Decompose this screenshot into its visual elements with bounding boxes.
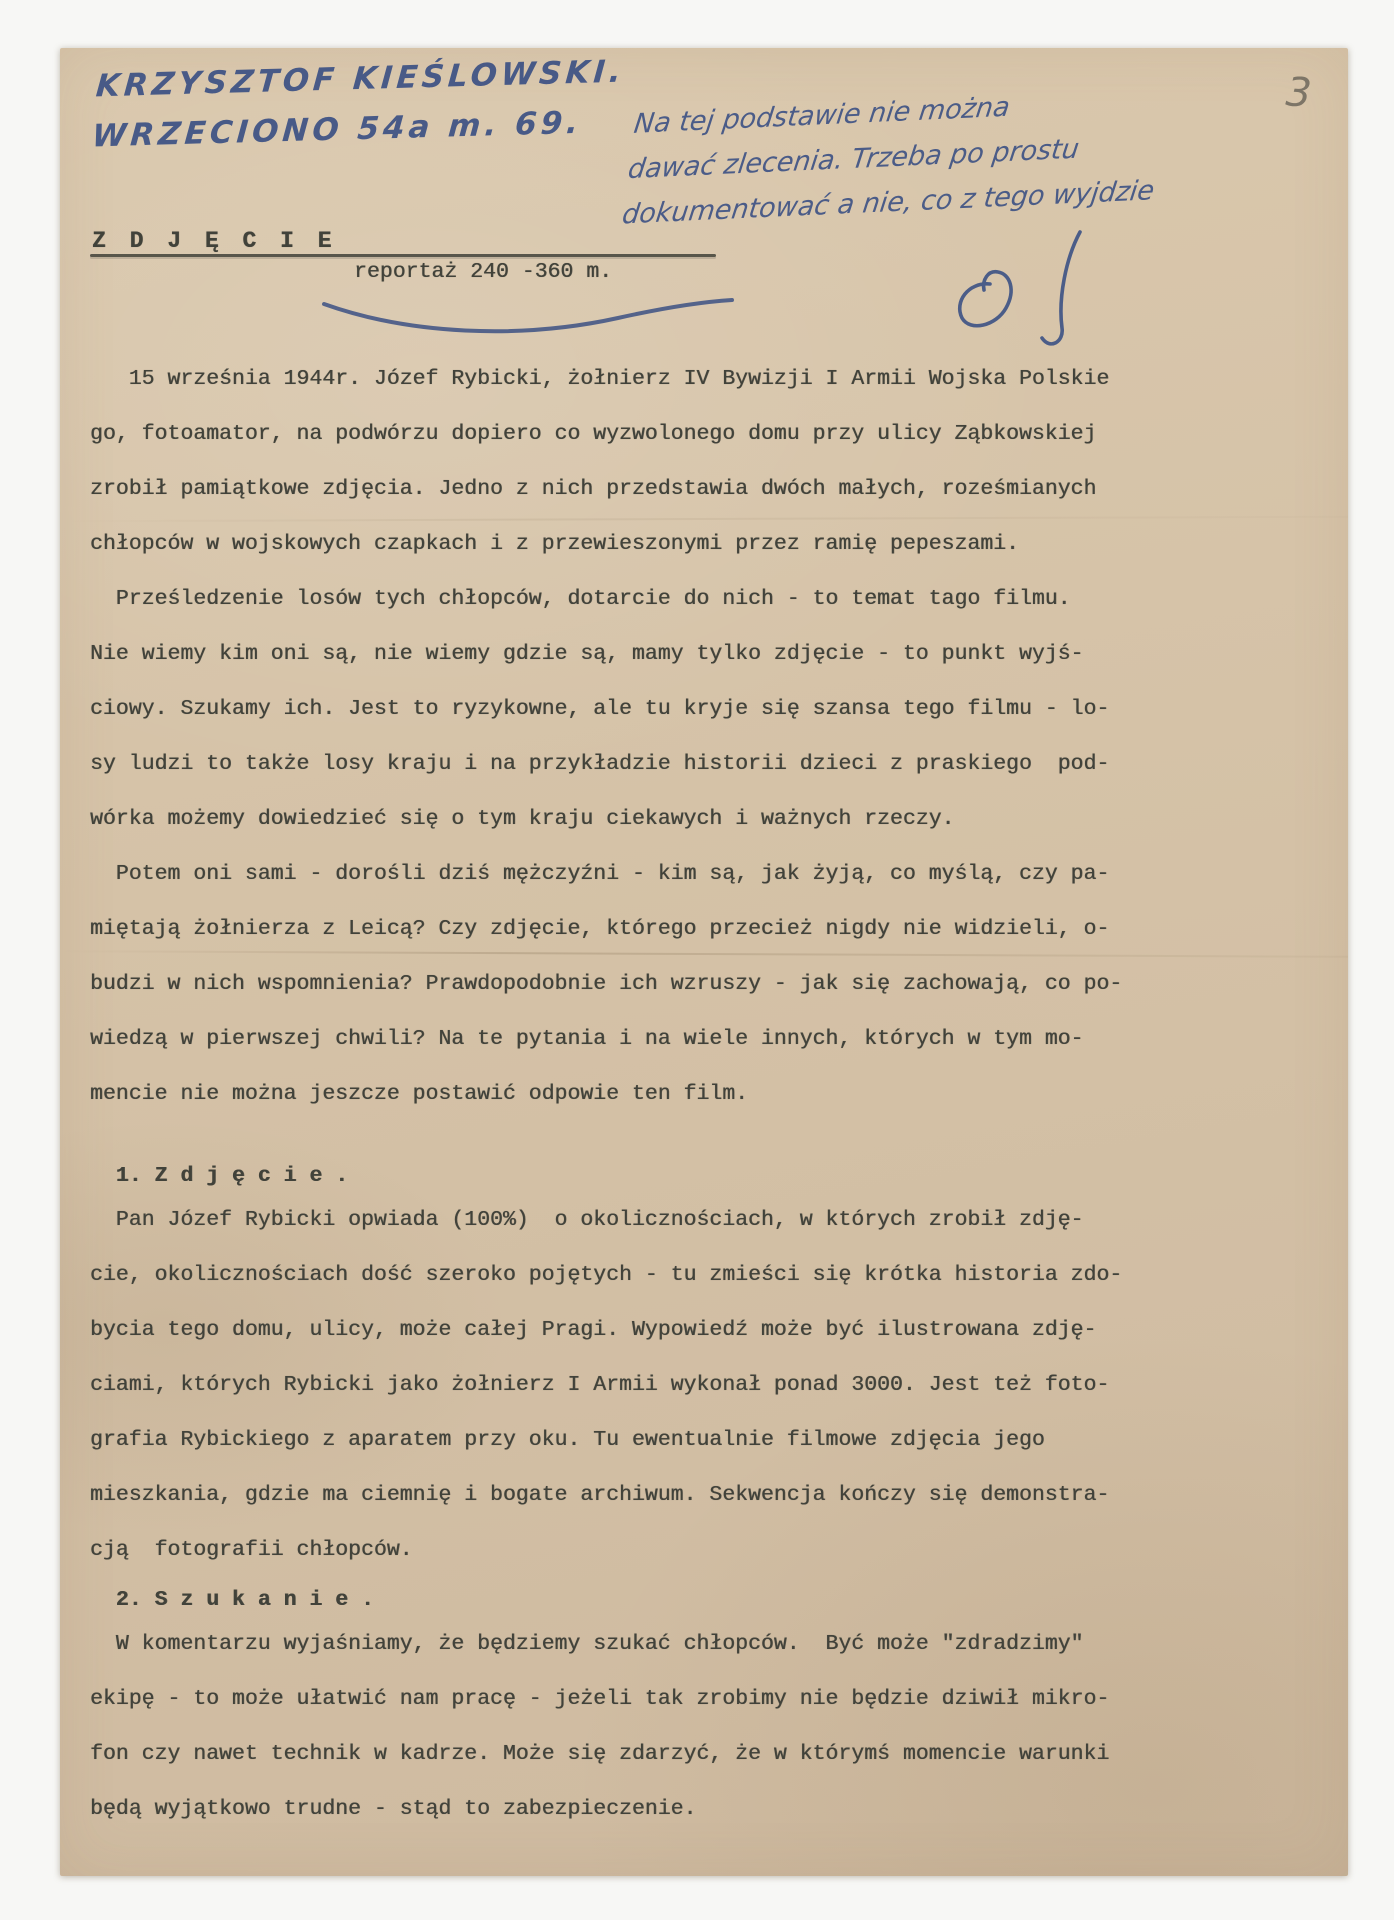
section-heading: 1. Z d j ę c i e . bbox=[90, 1159, 1170, 1193]
scan-background: KRZYSZTOF KIEŚLOWSKI. WRZECIONO 54a m. 6… bbox=[0, 0, 1394, 1920]
section-heading: 2. S z u k a n i e . bbox=[90, 1583, 1170, 1617]
typed-line: Potem oni sami - dorośli dziś mężczyźni … bbox=[90, 847, 1170, 902]
typed-line: go, fotoamator, na podwórzu dopiero co w… bbox=[90, 407, 1170, 462]
typed-line: wórka możemy dowiedzieć się o tym kraju … bbox=[90, 792, 1170, 847]
typed-section: 2. S z u k a n i e . W komentarzu wyjaśn… bbox=[90, 1583, 1170, 1837]
typed-body: 15 września 1944r. Józef Rybicki, żołnie… bbox=[90, 352, 1170, 1837]
typed-line: ekipę - to może ułatwić nam pracę - jeże… bbox=[90, 1672, 1170, 1727]
typed-line: bycia tego domu, ulicy, może całej Pragi… bbox=[90, 1303, 1170, 1358]
typed-line: Nie wiemy kim oni są, nie wiemy gdzie są… bbox=[90, 627, 1170, 682]
handwritten-note-block: Na tej podstawie nie można dawać zleceni… bbox=[619, 77, 1168, 237]
typed-line: miętają żołnierza z Leicą? Czy zdjęcie, … bbox=[90, 902, 1170, 957]
typed-paragraph: 15 września 1944r. Józef Rybicki, żołnie… bbox=[90, 352, 1170, 572]
typed-line: Pan Józef Rybicki opwiada (100%) o okoli… bbox=[90, 1193, 1170, 1248]
handwritten-author-name: KRZYSZTOF KIEŚLOWSKI. bbox=[94, 46, 627, 111]
handwritten-note-line: Na tej podstawie nie można bbox=[631, 77, 1169, 146]
handwritten-author-address: WRZECIONO 54a m. 69. bbox=[90, 97, 623, 162]
typed-line: cją fotografii chłopców. bbox=[90, 1523, 1170, 1578]
typed-line: cie, okolicznościach dość szeroko pojęty… bbox=[90, 1248, 1170, 1303]
page-number: 3 bbox=[1284, 69, 1313, 117]
subtitle-metrage: reportaż 240 -360 m. bbox=[354, 260, 612, 284]
typed-line: zrobił pamiątkowe zdjęcia. Jedno z nich … bbox=[90, 462, 1170, 517]
handwritten-signature-icon bbox=[938, 226, 1168, 356]
typed-paragraph: Prześledzenie losów tych chłopców, dotar… bbox=[90, 572, 1170, 847]
document-page: KRZYSZTOF KIEŚLOWSKI. WRZECIONO 54a m. 6… bbox=[60, 48, 1348, 1876]
title-underline bbox=[90, 254, 716, 257]
typed-line: ciowy. Szukamy ich. Jest to ryzykowne, a… bbox=[90, 682, 1170, 737]
handwritten-note-line: dawać zlecenia. Trzeba po prostu bbox=[625, 123, 1163, 192]
typed-section: 1. Z d j ę c i e . Pan Józef Rybicki opw… bbox=[90, 1159, 1170, 1578]
typed-line: wiedzą w pierwszej chwili? Na te pytania… bbox=[90, 1012, 1170, 1067]
typed-paragraph: Potem oni sami - dorośli dziś mężczyźni … bbox=[90, 847, 1170, 1122]
typed-line: Prześledzenie losów tych chłopców, dotar… bbox=[90, 572, 1170, 627]
typed-line: W komentarzu wyjaśniamy, że będziemy szu… bbox=[90, 1617, 1170, 1672]
typed-line: fon czy nawet technik w kadrze. Może się… bbox=[90, 1727, 1170, 1782]
typed-line: będą wyjątkowo trudne - stąd to zabezpie… bbox=[90, 1782, 1170, 1837]
typed-line: mieszkania, gdzie ma ciemnię i bogate ar… bbox=[90, 1468, 1170, 1523]
typed-line: grafia Rybickiego z aparatem przy oku. T… bbox=[90, 1413, 1170, 1468]
handwritten-author-block: KRZYSZTOF KIEŚLOWSKI. WRZECIONO 54a m. 6… bbox=[90, 46, 627, 161]
typed-line: sy ludzi to także losy kraju i na przykł… bbox=[90, 737, 1170, 792]
typed-line: ciami, których Rybicki jako żołnierz I A… bbox=[90, 1358, 1170, 1413]
pen-underline-icon bbox=[318, 288, 738, 344]
typed-line: budzi w nich wspomnienia? Prawdopodobnie… bbox=[90, 957, 1170, 1012]
typed-line: 15 września 1944r. Józef Rybicki, żołnie… bbox=[90, 352, 1170, 407]
typed-line: mencie nie można jeszcze postawić odpowi… bbox=[90, 1067, 1170, 1122]
typed-line: chłopców w wojskowych czapkach i z przew… bbox=[90, 517, 1170, 572]
document-title: Z D J Ę C I E bbox=[92, 228, 336, 254]
